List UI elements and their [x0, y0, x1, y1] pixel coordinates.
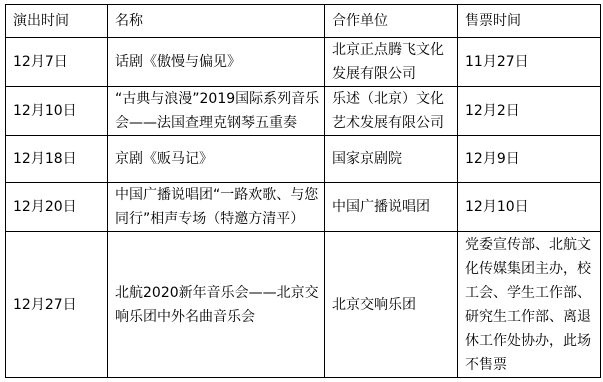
ticket-time: 11月27日	[458, 38, 601, 87]
header-ticket-time: 售票时间	[458, 5, 601, 38]
performance-name: 中国广播说唱团“一路欢歌、与您同行”相声专场（特邀方清平）	[108, 183, 325, 232]
performance-name: 京剧《贩马记》	[108, 136, 325, 183]
header-performance-time: 演出时间	[6, 5, 108, 38]
table-row: 12月7日 话剧《傲慢与偏见》 北京正点腾飞文化发展有限公司 11月27日	[6, 38, 601, 87]
performance-name: “古典与浪漫”2019国际系列音乐会——法国查理克钢琴五重奏	[108, 87, 325, 136]
table-header-row: 演出时间 名称 合作单位 售票时间	[6, 5, 601, 38]
performance-schedule-table: 演出时间 名称 合作单位 售票时间 12月7日 话剧《傲慢与偏见》 北京正点腾飞…	[5, 4, 601, 378]
ticket-time: 12月10日	[458, 183, 601, 232]
performance-date: 12月20日	[6, 183, 108, 232]
table-row: 12月20日 中国广播说唱团“一路欢歌、与您同行”相声专场（特邀方清平） 中国广…	[6, 183, 601, 232]
performance-name: 话剧《傲慢与偏见》	[108, 38, 325, 87]
ticket-note: 党委宣传部、北航文化传媒集团主办，校工会、学生工作部、研究生工作部、离退休工作处…	[458, 232, 601, 378]
ticket-time: 12月2日	[458, 87, 601, 136]
partner-org: 北京交响乐团	[325, 232, 458, 378]
ticket-time: 12月9日	[458, 136, 601, 183]
header-partner: 合作单位	[325, 5, 458, 38]
partner-org: 北京正点腾飞文化发展有限公司	[325, 38, 458, 87]
performance-date: 12月27日	[6, 232, 108, 378]
performance-date: 12月18日	[6, 136, 108, 183]
performance-name: 北航2020新年音乐会——北京交响乐团中外名曲音乐会	[108, 232, 325, 378]
table-row: 12月18日 京剧《贩马记》 国家京剧院 12月9日	[6, 136, 601, 183]
partner-org: 中国广播说唱团	[325, 183, 458, 232]
partner-org: 国家京剧院	[325, 136, 458, 183]
table-row: 12月10日 “古典与浪漫”2019国际系列音乐会——法国查理克钢琴五重奏 乐述…	[6, 87, 601, 136]
performance-date: 12月7日	[6, 38, 108, 87]
performance-date: 12月10日	[6, 87, 108, 136]
partner-org: 乐述（北京）文化艺术发展有限公司	[325, 87, 458, 136]
header-name: 名称	[108, 5, 325, 38]
table-row: 12月27日 北航2020新年音乐会——北京交响乐团中外名曲音乐会 北京交响乐团…	[6, 232, 601, 378]
